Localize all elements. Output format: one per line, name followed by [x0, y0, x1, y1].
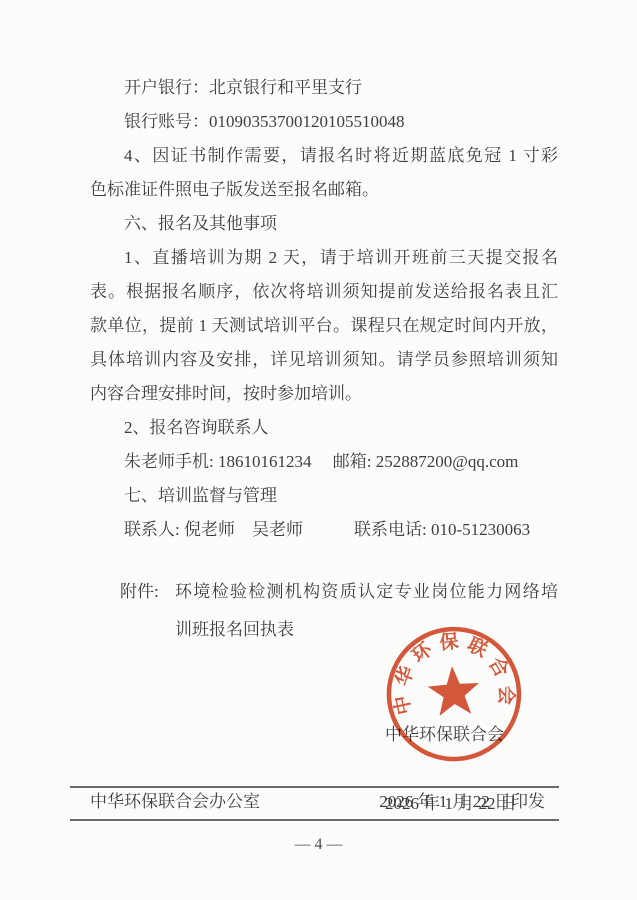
- text-line: 2、报名咨询联系人: [90, 411, 558, 445]
- text-line: 内容合理安排时间，按时参加培训。: [90, 377, 558, 411]
- text-line: 具体培训内容及安排，详见培训须知。请学员参照培训须知: [90, 343, 558, 377]
- text-line: 银行账号：01090353700120105510048: [90, 105, 558, 139]
- official-seal: 中华环保联合会: [379, 619, 531, 771]
- text-line: 1、直播培训为期 2 天，请于培训开班前三天提交报名: [90, 241, 558, 275]
- attachment-label: 附件:: [120, 573, 175, 649]
- text-line: 六、报名及其他事项: [90, 207, 558, 241]
- footer-issuer: 中华环保联合会办公室: [90, 791, 260, 813]
- star-icon: [426, 664, 481, 716]
- text-line: 七、培训监督与管理: [90, 479, 558, 513]
- signature-date: 2026 年 1 月 22 日: [385, 792, 517, 815]
- text-line: 联系人: 倪老师 吴老师 联系电话: 010-51230063: [90, 513, 558, 547]
- text-line: 朱老师手机: 18610161234 邮箱: 252887200@qq.com: [90, 445, 558, 479]
- document-page: 开户银行：北京银行和平里支行银行账号：010903537001201055100…: [0, 0, 637, 900]
- text-line: 开户银行：北京银行和平里支行: [90, 71, 558, 105]
- attachment-line: 环境检验检测机构资质认定专业岗位能力网络培: [175, 573, 558, 611]
- page-number: — 4 —: [0, 836, 637, 854]
- document-body: 开户银行：北京银行和平里支行银行账号：010903537001201055100…: [90, 71, 558, 547]
- text-line: 表。根据报名顺序，依次将培训须知提前发送给报名表且汇: [90, 275, 558, 309]
- text-line: 款单位，提前 1 天测试培训平台。课程只在规定时间内开放，: [90, 309, 558, 343]
- text-line: 4、因证书制作需要，请报名时将近期蓝底免冠 1 寸彩: [90, 139, 558, 173]
- text-line: 色标准证件照电子版发送至报名邮箱。: [90, 173, 558, 207]
